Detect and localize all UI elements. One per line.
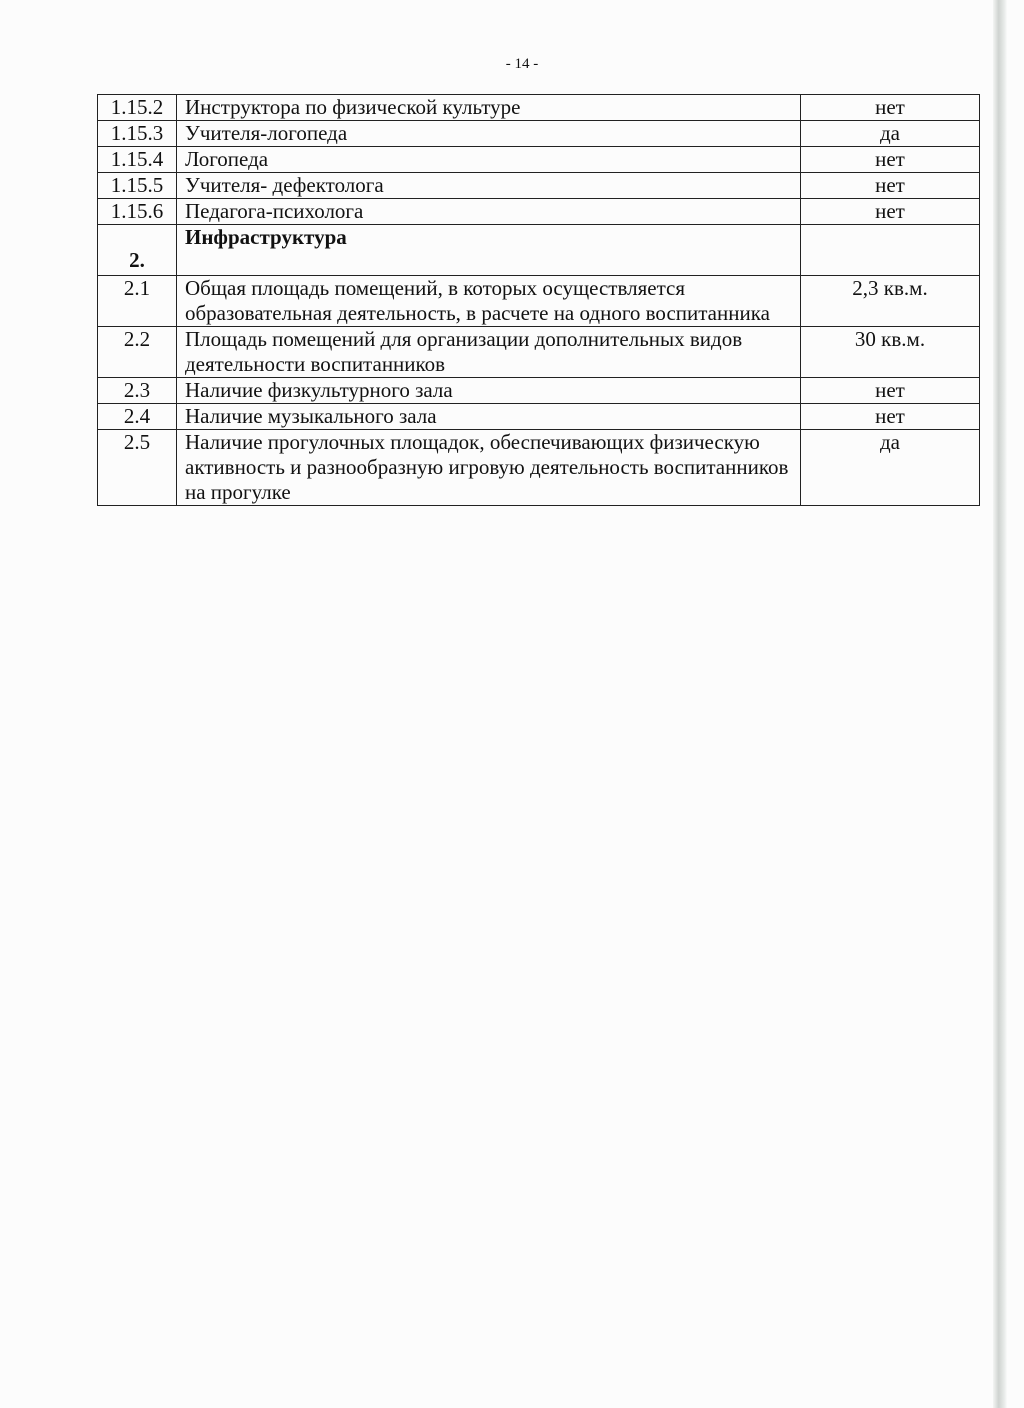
row-value: да xyxy=(801,121,980,147)
indicators-table: 1.15.2Инструктора по физической культуре… xyxy=(97,94,980,506)
row-label: Общая площадь помещений, в которых осуще… xyxy=(177,276,801,327)
row-number: 2.2 xyxy=(98,327,177,378)
table-row: 2.2Площадь помещений для организации доп… xyxy=(98,327,980,378)
row-label: Площадь помещений для организации дополн… xyxy=(177,327,801,378)
page-edge-shadow xyxy=(993,0,1007,1408)
row-label: Учителя-логопеда xyxy=(177,121,801,147)
row-value xyxy=(801,225,980,276)
row-value: да xyxy=(801,430,980,506)
row-label: Инфраструктура xyxy=(177,225,801,276)
row-value: нет xyxy=(801,378,980,404)
row-number: 1.15.3 xyxy=(98,121,177,147)
row-label: Наличие прогулочных площадок, обеспечива… xyxy=(177,430,801,506)
table-row: 2.4Наличие музыкального заланет xyxy=(98,404,980,430)
table-row: 1.15.3Учителя-логопедада xyxy=(98,121,980,147)
table-row: 1.15.2Инструктора по физической культуре… xyxy=(98,95,980,121)
row-number: 2.5 xyxy=(98,430,177,506)
row-label: Педагога-психолога xyxy=(177,199,801,225)
page-number: - 14 - xyxy=(0,56,1024,73)
table-row: 1.15.5Учителя- дефектологанет xyxy=(98,173,980,199)
row-number: 1.15.4 xyxy=(98,147,177,173)
row-number: 1.15.5 xyxy=(98,173,177,199)
row-value: 30 кв.м. xyxy=(801,327,980,378)
table-row: 2.1Общая площадь помещений, в которых ос… xyxy=(98,276,980,327)
row-value: нет xyxy=(801,404,980,430)
row-value: нет xyxy=(801,95,980,121)
row-label: Наличие музыкального зала xyxy=(177,404,801,430)
section-row: 2.Инфраструктура xyxy=(98,225,980,276)
row-value: 2,3 кв.м. xyxy=(801,276,980,327)
row-label: Учителя- дефектолога xyxy=(177,173,801,199)
table-row: 2.3Наличие физкультурного заланет xyxy=(98,378,980,404)
table-row: 1.15.6Педагога-психологанет xyxy=(98,199,980,225)
row-number: 2. xyxy=(98,225,177,276)
table-row: 2.5Наличие прогулочных площадок, обеспеч… xyxy=(98,430,980,506)
row-value: нет xyxy=(801,147,980,173)
row-number: 1.15.2 xyxy=(98,95,177,121)
table-row: 1.15.4Логопеданет xyxy=(98,147,980,173)
row-number: 2.4 xyxy=(98,404,177,430)
row-value: нет xyxy=(801,173,980,199)
row-value: нет xyxy=(801,199,980,225)
row-number: 2.1 xyxy=(98,276,177,327)
row-number: 2.3 xyxy=(98,378,177,404)
row-label: Наличие физкультурного зала xyxy=(177,378,801,404)
row-number: 1.15.6 xyxy=(98,199,177,225)
row-label: Логопеда xyxy=(177,147,801,173)
row-label: Инструктора по физической культуре xyxy=(177,95,801,121)
